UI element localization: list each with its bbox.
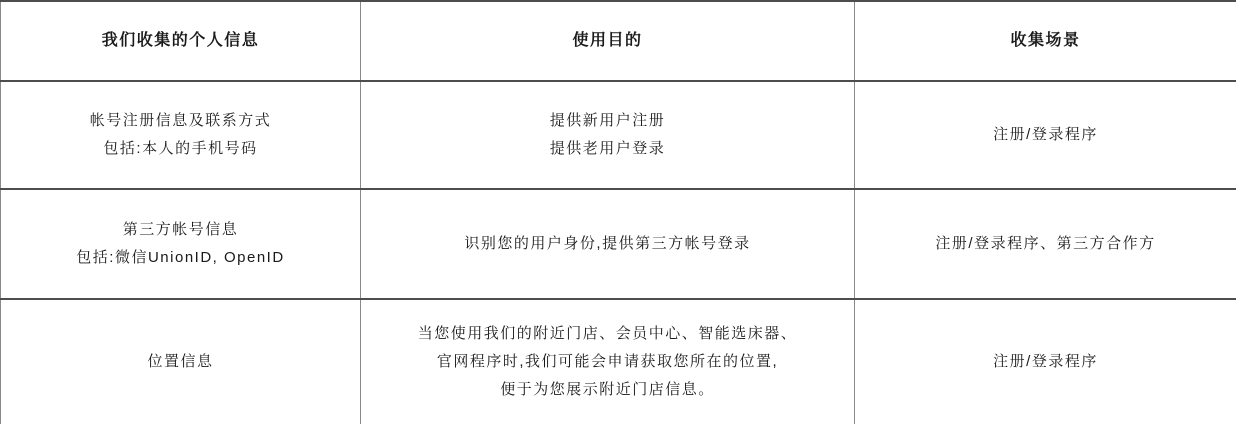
cell-collected-info: 第三方帐号信息 包括:微信UnionID, OpenID	[1, 189, 361, 299]
cell-usage-purpose: 识别您的用户身份,提供第三方帐号登录	[361, 189, 855, 299]
table-row: 第三方帐号信息 包括:微信UnionID, OpenID 识别您的用户身份,提供…	[1, 189, 1236, 299]
cell-collection-scenario: 注册/登录程序、第三方合作方	[855, 189, 1236, 299]
privacy-data-table: 我们收集的个人信息 使用目的 收集场景 帐号注册信息及联系方式 包括:本人的手机…	[0, 0, 1236, 424]
table-row: 位置信息 当您使用我们的附近门店、会员中心、智能选床器、 官网程序时,我们可能会…	[1, 299, 1236, 424]
cell-collection-scenario: 注册/登录程序	[855, 81, 1236, 189]
cell-collected-info: 帐号注册信息及联系方式 包括:本人的手机号码	[1, 81, 361, 189]
cell-collected-info: 位置信息	[1, 299, 361, 424]
cell-collection-scenario: 注册/登录程序	[855, 299, 1236, 424]
cell-usage-purpose: 当您使用我们的附近门店、会员中心、智能选床器、 官网程序时,我们可能会申请获取您…	[361, 299, 855, 424]
table-header-row: 我们收集的个人信息 使用目的 收集场景	[1, 1, 1236, 81]
cell-usage-purpose: 提供新用户注册 提供老用户登录	[361, 81, 855, 189]
column-header-usage-purpose: 使用目的	[361, 1, 855, 81]
column-header-collected-info: 我们收集的个人信息	[1, 1, 361, 81]
column-header-collection-scenario: 收集场景	[855, 1, 1236, 81]
table-row: 帐号注册信息及联系方式 包括:本人的手机号码 提供新用户注册 提供老用户登录 注…	[1, 81, 1236, 189]
